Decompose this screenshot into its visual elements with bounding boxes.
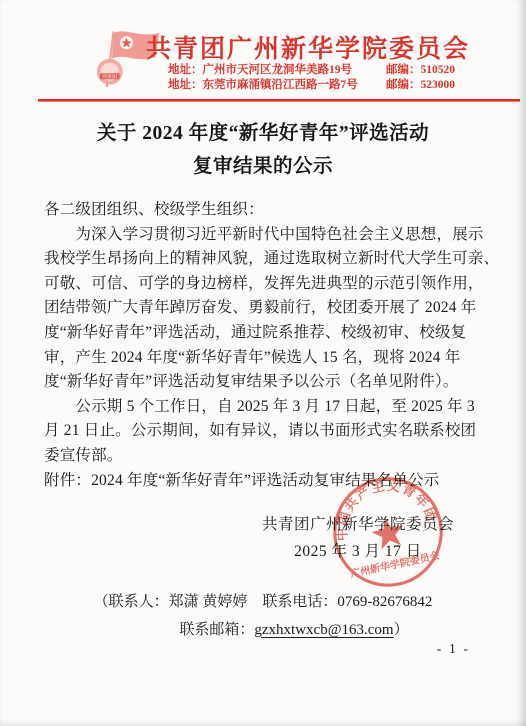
body-line: 各二级团组织、校级学生组织： (44, 198, 492, 223)
body-line: 我校学生昂扬向上的精神风貌，通过选取树立新时代大学生可亲、 (44, 247, 492, 272)
body-line: 度“新华好青年”评选活动复审结果予以公示（名单见附件）。 (44, 370, 492, 395)
title-line-2: 复审结果的公示 (0, 150, 526, 183)
letterhead-divider (38, 99, 520, 102)
contact-block: （联系人：郑潇 黄婷婷 联系电话：0769-82676842 联系邮箱：gzxh… (0, 589, 526, 644)
address-label: 地址： (168, 79, 203, 91)
address-value: 广州市天河区龙洞华美路19号 (203, 64, 353, 76)
document-body: 各二级团组织、校级学生组织： 为深入学习贯彻习近平新时代中国特色社会主义思想，展… (44, 198, 492, 493)
signature-date: 2025 年 3 月 17 日 (294, 539, 422, 566)
contact-email-label: 联系邮箱： (179, 622, 254, 638)
contact-email: gzxhxtwxcb@163.com (254, 622, 393, 638)
address-row: 地址：东莞市麻涌镇沿江西路一路7号 邮编：523000 (168, 78, 478, 93)
body-line: 月 21 日止。公示期间，如有异议，请以书面形式实名联系校团 (44, 419, 492, 444)
address-label: 地址： (168, 64, 203, 76)
postal-value: 523000 (421, 79, 456, 91)
address-row: 地址：广州市天河区龙洞华美路19号 邮编：510520 (168, 63, 478, 78)
body-line: 度“新华好青年”评选活动，通过院系推荐、校级初审、校级复 (44, 321, 492, 346)
postal-label: 邮编： (386, 64, 421, 76)
body-line: 委宣传部。 (44, 444, 492, 469)
body-line: 为深入学习贯彻习近平新时代中国特色社会主义思想，展示 (44, 223, 492, 248)
contact-line-1: （联系人：郑潇 黄婷婷 联系电话：0769-82676842 (0, 589, 526, 617)
contact-close-paren: ） (394, 622, 409, 638)
signature-block: 共青团广州新华学院委员会 2025 年 3 月 17 日 (262, 512, 454, 565)
body-line: 附件：2024 年度“新华好青年”评选活动复审结果名单公示 (44, 469, 492, 494)
postal-label: 邮编： (386, 79, 421, 91)
signature-org: 共青团广州新华学院委员会 (262, 512, 454, 539)
letterhead-org-name: 共青团广州新华学院委员会 (146, 29, 470, 65)
contact-line-2: 联系邮箱：gzxhxtwxcb@163.com） (31, 617, 526, 645)
body-line: 审，产生 2024 年度“新华好青年”候选人 15 名，现将 2024 年 (44, 346, 492, 371)
body-line: 可敬、可信、可学的身边榜样，发挥先进典型的示范引领作用， (44, 272, 492, 297)
address-value: 东莞市麻涌镇沿江西路一路7号 (203, 79, 358, 91)
document-title: 关于 2024 年度“新华好青年”评选活动 复审结果的公示 (0, 117, 526, 183)
postal-value: 510520 (421, 64, 456, 76)
svg-text:共青团: 共青团 (102, 73, 117, 80)
page-number: - 1 - (437, 642, 470, 658)
title-line-1: 关于 2024 年度“新华好青年”评选活动 (0, 117, 526, 150)
body-line: 公示期 5 个工作日，自 2025 年 3 月 17 日起，至 2025 年 3 (44, 395, 492, 420)
body-line: 团结带领广大青年踔厉奋发、勇毅前行，校团委开展了 2024 年 (44, 296, 492, 321)
document-page: 共青团 共青团广州新华学院委员会 地址：广州市天河区龙洞华美路19号 邮编：51… (0, 0, 526, 726)
letterhead-addresses: 地址：广州市天河区龙洞华美路19号 邮编：510520 地址：东莞市麻涌镇沿江西… (168, 63, 478, 93)
